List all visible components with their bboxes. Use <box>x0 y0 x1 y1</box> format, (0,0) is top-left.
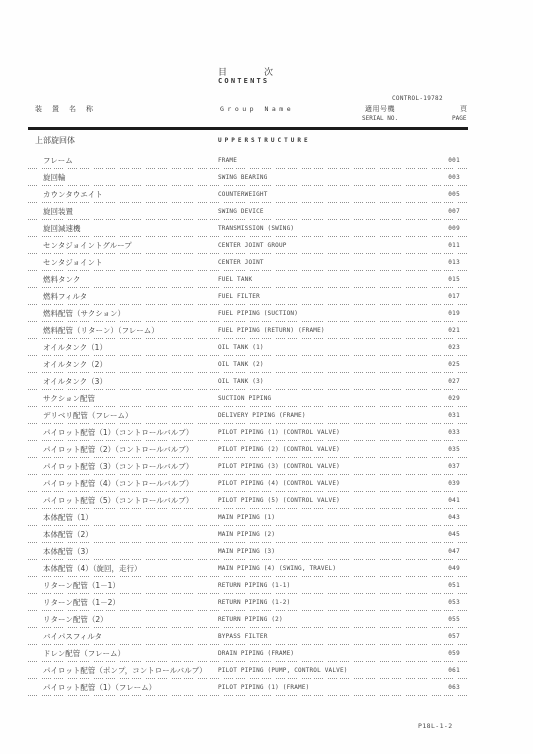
row-page: 053 <box>448 594 460 611</box>
row-jp-name: 本体配管（2） <box>43 526 93 543</box>
column-header-serial-jp: 適用号機 <box>365 104 395 114</box>
row-jp-name: ドレン配管（フレーム） <box>43 645 125 662</box>
row-en-name: FUEL FILTER <box>218 288 260 305</box>
row-page: 049 <box>448 560 460 577</box>
row-page: 035 <box>448 441 460 458</box>
row-page: 017 <box>448 288 460 305</box>
row-jp-name: 旋回減速機 <box>43 220 81 237</box>
toc-row: 本体配管（2） MAIN PIPING (2) 045 <box>28 526 468 543</box>
toc-row: センタジョイントグループ CENTER JOINT GROUP 011 <box>28 237 468 254</box>
toc-row: オイルタンク（2） OIL TANK (2) 025 <box>28 356 468 373</box>
row-jp-name: オイルタンク（2） <box>43 356 107 373</box>
toc-row: パイロット配管（4）（コントロールバルブ） PILOT PIPING (4) (… <box>28 475 468 492</box>
row-page: 029 <box>448 390 460 407</box>
row-page: 047 <box>448 543 460 560</box>
row-page: 025 <box>448 356 460 373</box>
toc-row: 燃料配管（サクション） FUEL PIPING (SUCTION) 019 <box>28 305 468 322</box>
row-jp-name: フレーム <box>43 152 73 169</box>
row-en-name: OIL TANK (1) <box>218 339 264 356</box>
row-jp-name: パイロット配管（5）（コントロールバルブ） <box>43 492 193 509</box>
row-en-name: PILOT PIPING (5) (CONTROL VALVE) <box>218 492 340 509</box>
column-header-device-name-jp: 装置名称 <box>35 104 103 114</box>
row-en-name: TRANSMISSION (SWING) <box>218 220 294 237</box>
column-header-group-name: Group Name <box>220 105 294 113</box>
row-en-name: PILOT PIPING (3) (CONTROL VALVE) <box>218 458 340 475</box>
toc-row: 本体配管（1） MAIN PIPING (1) 043 <box>28 509 468 526</box>
row-page: 045 <box>448 526 460 543</box>
row-en-name: RETURN PIPING (1-1) <box>218 577 290 594</box>
toc-row: リターン配管（1－2） RETURN PIPING (1-2) 053 <box>28 594 468 611</box>
toc-row: 燃料フィルタ FUEL FILTER 017 <box>28 288 468 305</box>
row-jp-name: 本体配管（1） <box>43 509 93 526</box>
row-page: 039 <box>448 475 460 492</box>
row-en-name: FUEL PIPING (RETURN) (FRAME) <box>218 322 325 339</box>
toc-row: パイロット配管（1）（フレーム） PILOT PIPING (1) (FRAME… <box>28 679 468 696</box>
toc-row: パイロット配管（ポンプ，コントロールバルブ） PILOT PIPING (PUM… <box>28 662 468 679</box>
row-page: 015 <box>448 271 460 288</box>
toc-row: センタジョイント CENTER JOINT 013 <box>28 254 468 271</box>
row-jp-name: パイロット配管（4）（コントロールバルブ） <box>43 475 193 492</box>
row-en-name: RETURN PIPING (2) <box>218 611 283 628</box>
row-en-name: MAIN PIPING (3) <box>218 543 275 560</box>
toc-row: オイルタンク（3） OIL TANK (3) 027 <box>28 373 468 390</box>
row-page: 041 <box>448 492 460 509</box>
row-page: 037 <box>448 458 460 475</box>
row-en-name: PILOT PIPING (2) (CONTROL VALVE) <box>218 441 340 458</box>
row-en-name: PILOT PIPING (1) (FRAME) <box>218 679 310 696</box>
row-jp-name: 旋回装置 <box>43 203 73 220</box>
document-page: 目 次 CONTENTS CONTROL-19782 装置名称 Group Na… <box>0 0 533 754</box>
row-en-name: FUEL PIPING (SUCTION) <box>218 305 298 322</box>
row-page: 019 <box>448 305 460 322</box>
column-header-serial-en: SERIAL NO. <box>362 115 398 122</box>
row-jp-name: 本体配管（4）（旋回，走行） <box>43 560 142 577</box>
row-jp-name: パイロット配管（2）（コントロールバルブ） <box>43 441 193 458</box>
toc-row: パイロット配管（2）（コントロールバルブ） PILOT PIPING (2) (… <box>28 441 468 458</box>
row-en-name: DELIVERY PIPING (FRAME) <box>218 407 306 424</box>
row-en-name: FRAME <box>218 152 237 169</box>
toc-row: サクション配管 SUCTION PIPING 029 <box>28 390 468 407</box>
row-page: 003 <box>448 169 460 186</box>
row-jp-name: リターン配管（1－2） <box>43 594 120 611</box>
toc-row: パイロット配管（3）（コントロールバルブ） PILOT PIPING (3) (… <box>28 458 468 475</box>
row-page: 061 <box>448 662 460 679</box>
toc-row: 旋回減速機 TRANSMISSION (SWING) 009 <box>28 220 468 237</box>
column-header-page-en: PAGE <box>452 115 466 122</box>
row-en-name: PILOT PIPING (4) (CONTROL VALVE) <box>218 475 340 492</box>
toc-row: ドレン配管（フレーム） DRAIN PIPING (FRAME) 059 <box>28 645 468 662</box>
row-page: 031 <box>448 407 460 424</box>
control-number: CONTROL-19782 <box>392 95 443 102</box>
row-en-name: FUEL TANK <box>218 271 252 288</box>
row-en-name: MAIN PIPING (2) <box>218 526 275 543</box>
row-jp-name: 本体配管（3） <box>43 543 93 560</box>
row-jp-name: 旋回輪 <box>43 169 66 186</box>
section-en-name: UPPERSTRUCTURE <box>218 130 311 152</box>
row-en-name: PILOT PIPING (PUMP, CONTROL VALVE) <box>218 662 348 679</box>
row-page: 013 <box>448 254 460 271</box>
row-jp-name: 燃料フィルタ <box>43 288 87 305</box>
row-en-name: SUCTION PIPING <box>218 390 271 407</box>
row-jp-name: サクション配管 <box>43 390 95 407</box>
row-jp-name: センタジョイント <box>43 254 103 271</box>
row-page: 005 <box>448 186 460 203</box>
row-jp-name: 燃料配管（リターン）（フレーム） <box>43 322 159 339</box>
row-jp-name: オイルタンク（1） <box>43 339 107 356</box>
toc-row: パイロット配管（5）（コントロールバルブ） PILOT PIPING (5) (… <box>28 492 468 509</box>
row-page: 051 <box>448 577 460 594</box>
row-jp-name: パイロット配管（3）（コントロールバルブ） <box>43 458 193 475</box>
row-page: 021 <box>448 322 460 339</box>
row-page: 059 <box>448 645 460 662</box>
row-jp-name: バイパスフィルタ <box>43 628 102 645</box>
toc-row: 燃料配管（リターン）（フレーム） FUEL PIPING (RETURN) (F… <box>28 322 468 339</box>
row-page: 057 <box>448 628 460 645</box>
row-en-name: DRAIN PIPING (FRAME) <box>218 645 294 662</box>
toc-rows: フレーム FRAME 001 旋回輪 SWING BEARING 003 カウン… <box>28 152 468 696</box>
row-en-name: CENTER JOINT GROUP <box>218 237 287 254</box>
row-jp-name: 燃料配管（サクション） <box>43 305 125 322</box>
row-page: 011 <box>448 237 460 254</box>
row-page: 001 <box>448 152 460 169</box>
row-en-name: BYPASS FILTER <box>218 628 268 645</box>
row-en-name: COUNTERWEIGHT <box>218 186 268 203</box>
row-en-name: MAIN PIPING (4) (SWING, TRAVEL) <box>218 560 336 577</box>
row-page: 055 <box>448 611 460 628</box>
row-en-name: PILOT PIPING (1) (CONTROL VALVE) <box>218 424 340 441</box>
toc-row: オイルタンク（1） OIL TANK (1) 023 <box>28 339 468 356</box>
column-header-page-jp: 頁 <box>460 104 467 114</box>
toc-table: 上部旋回体 UPPERSTRUCTURE フレーム FRAME 001 旋回輪 … <box>28 130 468 696</box>
toc-row: カウンタウエイト COUNTERWEIGHT 005 <box>28 186 468 203</box>
row-jp-name: センタジョイントグループ <box>43 237 132 254</box>
row-jp-name: パイロット配管（1）（コントロールバルブ） <box>43 424 193 441</box>
footer-page-code: P18L-1-2 <box>418 722 453 730</box>
row-en-name: SWING DEVICE <box>218 203 264 220</box>
row-page: 063 <box>448 679 460 696</box>
row-en-name: CENTER JOINT <box>218 254 264 271</box>
row-page: 009 <box>448 220 460 237</box>
row-jp-name: パイロット配管（ポンプ，コントロールバルブ） <box>43 662 207 679</box>
section-jp-name: 上部旋回体 <box>35 130 75 152</box>
row-page: 043 <box>448 509 460 526</box>
row-jp-name: カウンタウエイト <box>43 186 103 203</box>
row-page: 027 <box>448 373 460 390</box>
toc-row: フレーム FRAME 001 <box>28 152 468 169</box>
row-en-name: RETURN PIPING (1-2) <box>218 594 290 611</box>
toc-row: 旋回輪 SWING BEARING 003 <box>28 169 468 186</box>
toc-row: リターン配管（1－1） RETURN PIPING (1-1) 051 <box>28 577 468 594</box>
row-jp-name: リターン配管（2） <box>43 611 108 628</box>
toc-row: バイパスフィルタ BYPASS FILTER 057 <box>28 628 468 645</box>
toc-row: 本体配管（3） MAIN PIPING (3) 047 <box>28 543 468 560</box>
row-en-name: MAIN PIPING (1) <box>218 509 275 526</box>
toc-row: 燃料タンク FUEL TANK 015 <box>28 271 468 288</box>
row-jp-name: デリベリ配管（フレーム） <box>43 407 133 424</box>
toc-row: パイロット配管（1）（コントロールバルブ） PILOT PIPING (1) (… <box>28 424 468 441</box>
row-page: 007 <box>448 203 460 220</box>
toc-row: リターン配管（2） RETURN PIPING (2) 055 <box>28 611 468 628</box>
row-en-name: SWING BEARING <box>218 169 268 186</box>
toc-row: 本体配管（4）（旋回，走行） MAIN PIPING (4) (SWING, T… <box>28 560 468 577</box>
row-jp-name: 燃料タンク <box>43 271 80 288</box>
row-jp-name: リターン配管（1－1） <box>43 577 120 594</box>
row-page: 033 <box>448 424 460 441</box>
toc-row: デリベリ配管（フレーム） DELIVERY PIPING (FRAME) 031 <box>28 407 468 424</box>
row-page: 023 <box>448 339 460 356</box>
row-en-name: OIL TANK (3) <box>218 373 264 390</box>
row-en-name: OIL TANK (2) <box>218 356 264 373</box>
page-title-en: CONTENTS <box>218 77 269 85</box>
row-jp-name: パイロット配管（1）（フレーム） <box>43 679 156 696</box>
toc-row: 旋回装置 SWING DEVICE 007 <box>28 203 468 220</box>
toc-section-row: 上部旋回体 UPPERSTRUCTURE <box>28 130 468 152</box>
row-jp-name: オイルタンク（3） <box>43 373 107 390</box>
